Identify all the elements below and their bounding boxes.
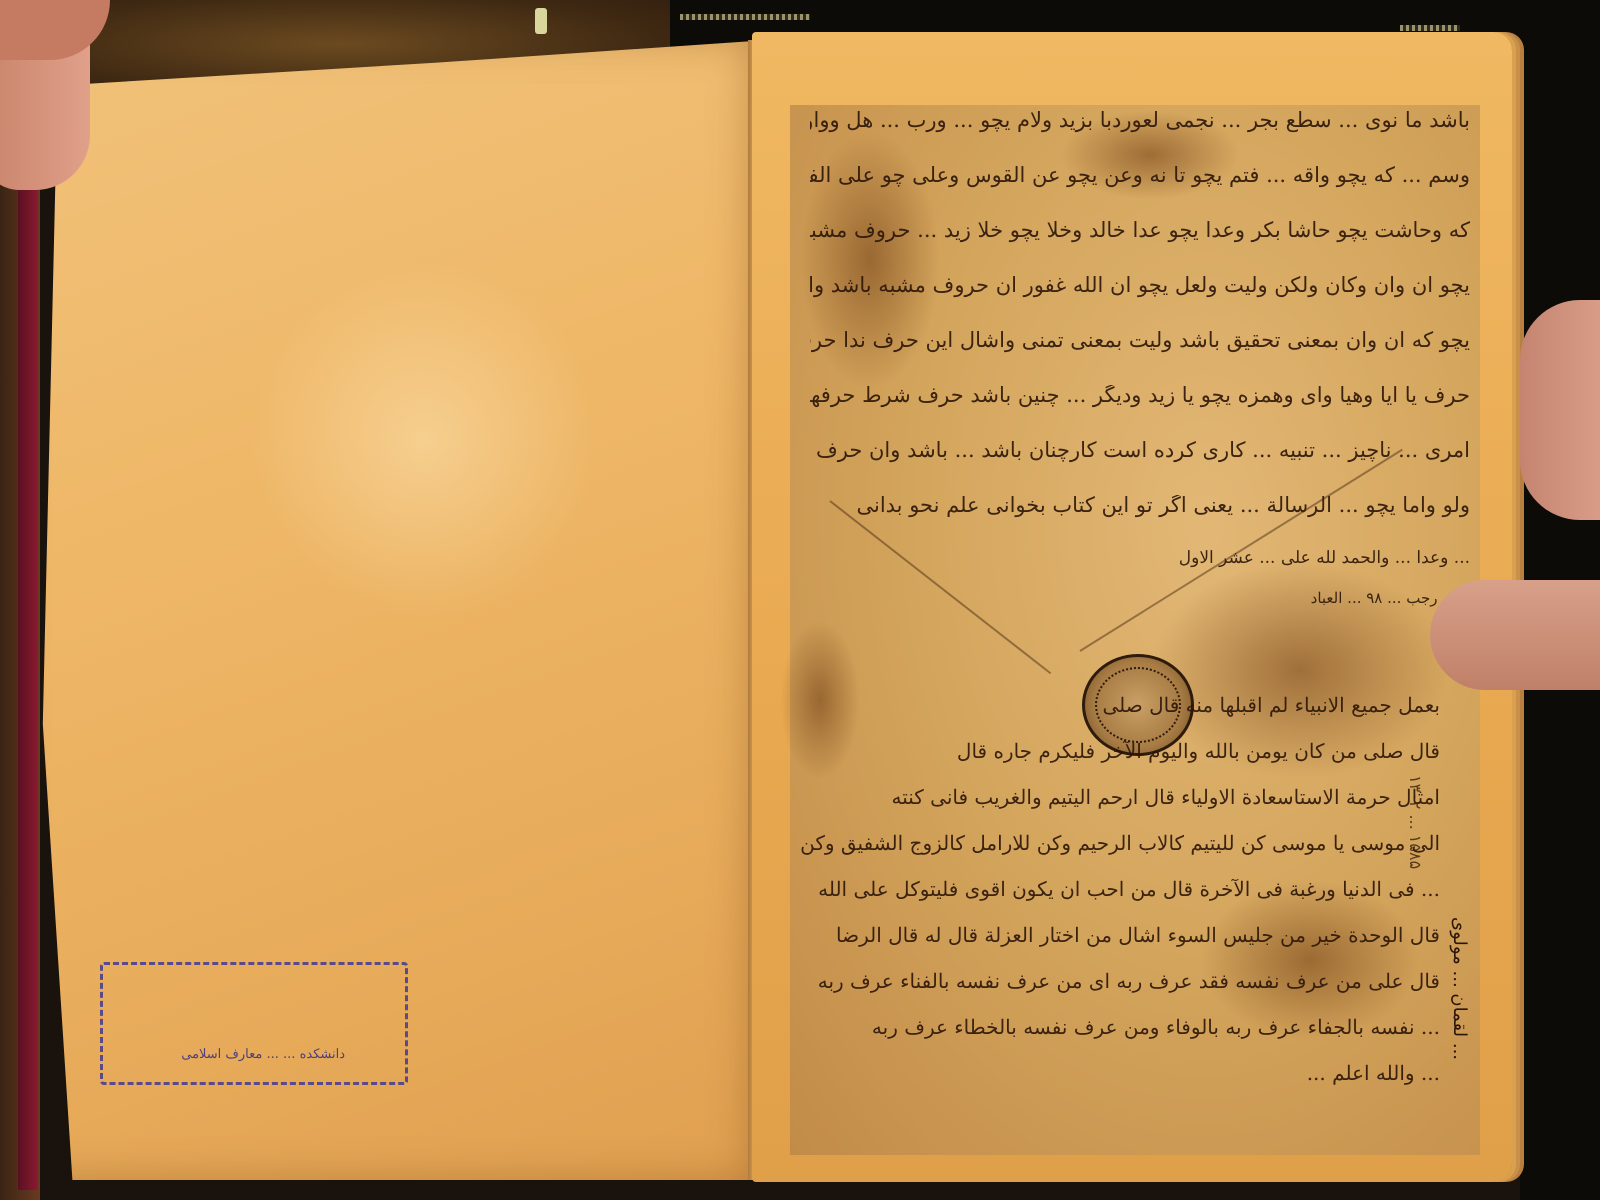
paper-sheen (250, 260, 600, 620)
text-line: که وحاشت یچو حاشا بکر وعدا یچو عدا خالد … (810, 220, 1470, 247)
stamp-text: دانشکده ... ... معارف اسلامی (181, 1047, 345, 1062)
text-line: امری ... ناچیز ... تنبیه ... کاری کرده ا… (810, 440, 1470, 467)
library-stamp: دانشکده ... ... معارف اسلامی (100, 962, 408, 1085)
text-line: قال صلی من کان یومن بالله والیوم الآخر ف… (800, 741, 1440, 765)
text-line: یچو که ان وان بمعنی تحقیق باشد ولیت بمعن… (810, 330, 1470, 357)
hand-finger (1520, 300, 1600, 520)
text-line: بعمل جمیع الانبیاء لم اقبلها منه قال صلی (800, 695, 1440, 719)
text-line: وسم ... که یچو واقه ... فتم یچو تا نه وع… (810, 165, 1470, 192)
text-line: ... فی الدنیا ورغبة فی الآخرة قال من احب… (800, 879, 1440, 903)
text-line: ... نفسه بالجفاء عرف ربه بالوفاء ومن عرف… (800, 1017, 1440, 1041)
cover-decoration (680, 14, 810, 20)
margin-note: ... لقمان ... مولوی (1440, 780, 1470, 1060)
manuscript-photo: دانشکده ... ... معارف اسلامی باشد ما نوی… (0, 0, 1600, 1200)
text-line: ولو واما یچو ... الرسالة ... یعنی اگر تو… (810, 495, 1470, 522)
lower-text: بعمل جمیع الانبیاء لم اقبلها منه قال صلی… (800, 695, 1440, 1109)
text-line: حرف یا ایا وهیا وای وهمزه یچو یا زید ودی… (810, 385, 1470, 412)
text-line: یچو ان وان وکان ولکن ولیت ولعل یچو ان ال… (810, 275, 1470, 302)
text-line: الی موسی یا موسی کن للیتیم کالاب الرحیم … (800, 833, 1440, 857)
text-line: ... والله اعلم ... (800, 1063, 1440, 1087)
text-line: باشد ما نوی ... سطع بجر ... نجمی لعوردبا… (810, 110, 1470, 137)
main-text: باشد ما نوی ... سطع بجر ... نجمی لعوردبا… (810, 110, 1470, 646)
hand-finger (1430, 580, 1600, 690)
cover-decoration (1400, 25, 1460, 31)
cover-label (535, 8, 547, 34)
text-line: امثال حرمة الاستاسعادة الاولیاء قال ارحم… (800, 787, 1440, 811)
text-line: قال علی من عرف نفسه فقد عرف ربه ای من عر… (800, 971, 1440, 995)
text-line: قال الوحدة خیر من جلیس السوء اشال من اخت… (800, 925, 1440, 949)
shelf-mark: ۱۳۰۲ ... ۱۵۸۵ (1395, 775, 1425, 1055)
red-page-edge (18, 150, 38, 1190)
